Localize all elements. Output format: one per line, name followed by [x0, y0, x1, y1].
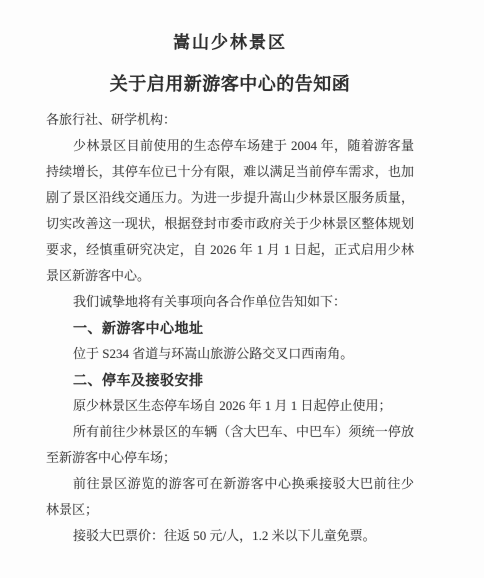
body-line: 一、新游客中心地址	[46, 315, 414, 341]
body-line: 位于 S234 省道与环嵩山旅游公路交叉口西南角。	[46, 341, 414, 367]
body-line: 持续增长，其停车位已十分有限，难以满足当前停车需求，也加	[46, 159, 414, 185]
document-content-column: 嵩山少林景区 关于启用新游客中心的告知函 各旅行社、研学机构：少林景区目前使用的…	[46, 0, 414, 549]
body-line: 剧了景区沿线交通压力。为进一步提升嵩山少林景区服务质量，	[46, 185, 414, 211]
body-line: 景区新游客中心。	[46, 263, 414, 289]
document-subtitle: 关于启用新游客中心的告知函	[46, 69, 414, 99]
body-line: 二、停车及接驳安排	[46, 367, 414, 393]
body-line: 至新游客中心停车场；	[46, 445, 414, 471]
body-line: 原少林景区生态停车场自 2026 年 1 月 1 日起停止使用；	[46, 393, 414, 419]
body-line: 我们诚挚地将有关事项向各合作单位告知如下：	[46, 289, 414, 315]
document-body: 各旅行社、研学机构：少林景区目前使用的生态停车场建于 2004 年，随着游客量持…	[46, 107, 414, 549]
body-line: 少林景区目前使用的生态停车场建于 2004 年，随着游客量	[46, 133, 414, 159]
body-line: 林景区；	[46, 497, 414, 523]
body-line: 前往景区游览的游客可在新游客中心换乘接驳大巴前往少	[46, 471, 414, 497]
body-line: 各旅行社、研学机构：	[46, 107, 414, 133]
body-line: 切实改善这一现状，根据登封市委市政府关于少林景区整体规划	[46, 211, 414, 237]
document-title: 嵩山少林景区	[46, 30, 414, 56]
notice-document-page: 嵩山少林景区 关于启用新游客中心的告知函 各旅行社、研学机构：少林景区目前使用的…	[0, 0, 484, 578]
body-line: 要求，经慎重研究决定，自 2026 年 1 月 1 日起，正式启用少林	[46, 237, 414, 263]
body-line: 所有前往少林景区的车辆（含大巴车、中巴车）须统一停放	[46, 419, 414, 445]
body-line: 接驳大巴票价：往返 50 元/人，1.2 米以下儿童免票。	[46, 523, 414, 549]
